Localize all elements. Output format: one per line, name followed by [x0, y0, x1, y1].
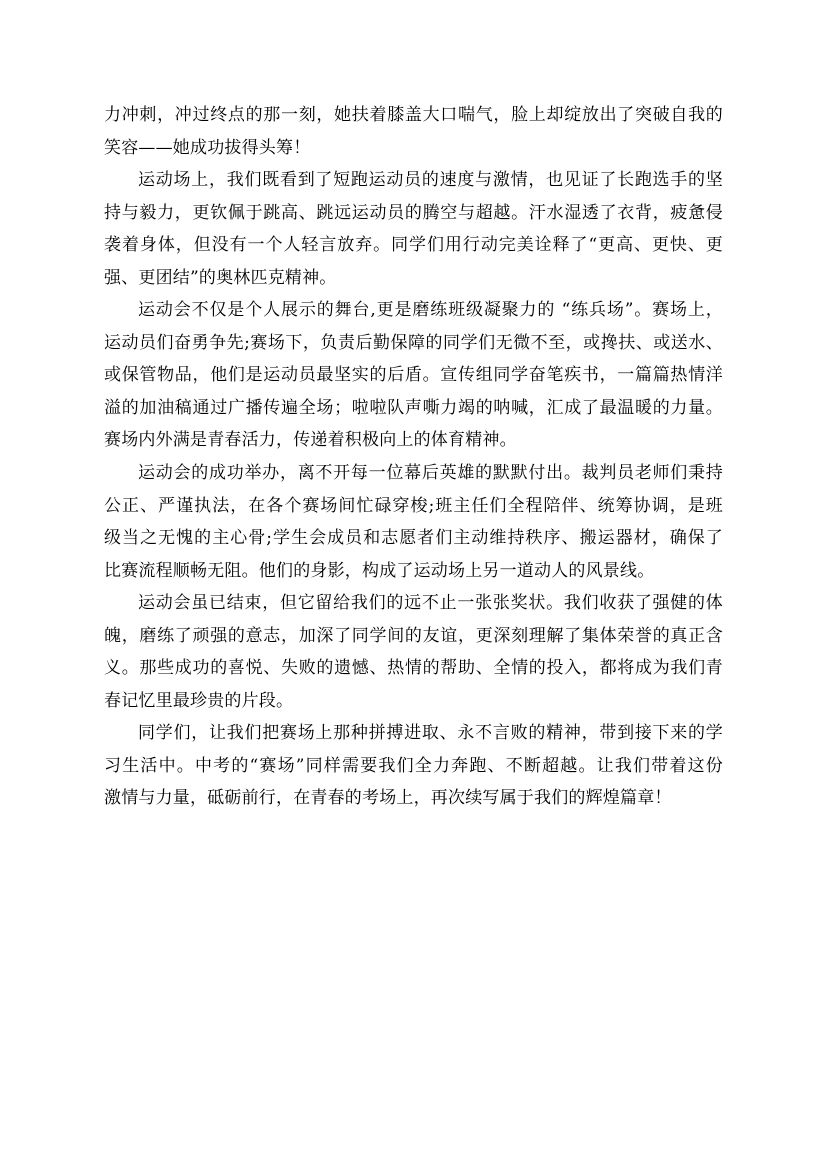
text-line: 同学们，让我们把赛场上那种拼搏进取、永不言败的精神，带到接下来的学: [104, 717, 723, 750]
text-line: 春记忆里最珍贵的片段。: [104, 685, 723, 718]
text-line: 魄，磨练了顽强的意志，加深了同学间的友谊，更深刻理解了集体荣誉的真正含: [104, 620, 723, 653]
text-line: 运动会虽已结束，但它留给我们的远不止一张张奖状。我们收获了强健的体: [104, 587, 723, 620]
text-line: 运动场上，我们既看到了短跑运动员的速度与激情，也见证了长跑选手的坚: [104, 164, 723, 197]
text-line: 义。那些成功的喜悦、失败的遗憾、热情的帮助、全情的投入，都将成为我们青: [104, 652, 723, 685]
text-line: 运动会的成功举办，离不开每一位幕后英雄的默默付出。裁判员老师们秉持: [104, 457, 723, 490]
text-line: 溢的加油稿通过广播传遍全场；啦啦队声嘶力竭的呐喊，汇成了最温暖的力量。: [104, 392, 723, 425]
document-page: 力冲刺，冲过终点的那一刻，她扶着膝盖大口喘气，脸上却绽放出了突破自我的笑容——她…: [0, 0, 827, 1170]
text-line: 公正、严谨执法，在各个赛场间忙碌穿梭;班主任们全程陪伴、统筹协调，是班: [104, 490, 723, 523]
text-line: 力冲刺，冲过终点的那一刻，她扶着膝盖大口喘气，脸上却绽放出了突破自我的: [104, 99, 723, 132]
text-line: 笑容——她成功拔得头筹！: [104, 132, 723, 165]
text-line: 运动员们奋勇争先;赛场下，负责后勤保障的同学们无微不至，或搀扶、或送水、: [104, 327, 723, 360]
text-line: 习生活中。中考的“赛场”同样需要我们全力奔跑、不断超越。让我们带着这份: [104, 750, 723, 783]
text-line: 比赛流程顺畅无阻。他们的身影，构成了运动场上另一道动人的风景线。: [104, 555, 723, 588]
text-line: 赛场内外满是青春活力，传递着积极向上的体育精神。: [104, 424, 723, 457]
text-line: 强、更团结”的奥林匹克精神。: [104, 262, 723, 295]
text-line: 或保管物品，他们是运动员最坚实的后盾。宣传组同学奋笔疾书，一篇篇热情洋: [104, 359, 723, 392]
text-line: 运动会不仅是个人展示的舞台,更是磨练班级凝聚力的 “练兵场”。赛场上，: [104, 294, 723, 327]
text-line: 级当之无愧的主心骨;学生会成员和志愿者们主动维持秩序、搬运器材，确保了: [104, 522, 723, 555]
text-line: 激情与力量，砥砺前行，在青春的考场上，再次续写属于我们的辉煌篇章！: [104, 782, 723, 815]
text-line: 持与毅力，更钦佩于跳高、跳远运动员的腾空与超越。汗水湿透了衣背，疲惫侵: [104, 197, 723, 230]
text-line: 袭着身体，但没有一个人轻言放弃。同学们用行动完美诠释了“更高、更快、更: [104, 229, 723, 262]
document-text-body: 力冲刺，冲过终点的那一刻，她扶着膝盖大口喘气，脸上却绽放出了突破自我的笑容——她…: [104, 99, 723, 815]
